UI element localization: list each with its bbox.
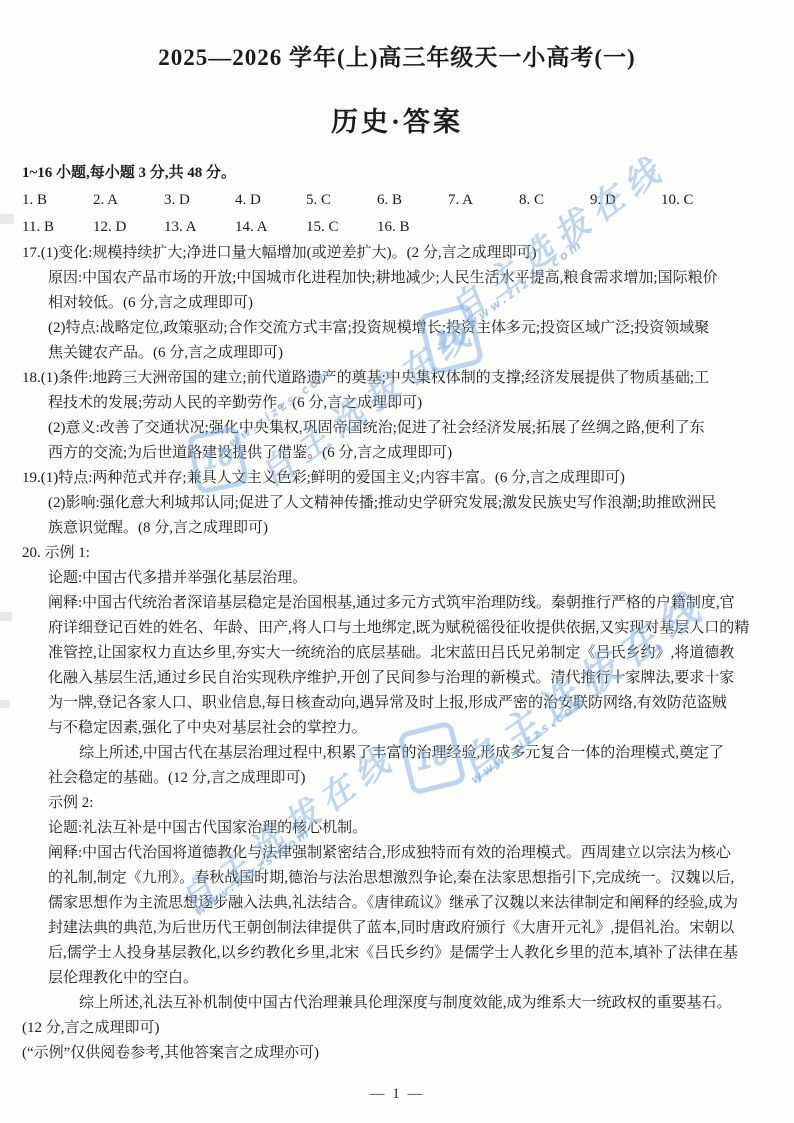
- answer-line: 为一牌,登记各家人口、职业信息,每日核查动向,遇异常及时上报,形成严密的治安联防…: [48, 691, 772, 716]
- answer-cell: 13. A: [164, 214, 235, 241]
- answer-line: 府详细登记百姓的姓名、年龄、田产,将人口与土地绑定,既为赋税徭役征收提供依据,又…: [48, 616, 772, 641]
- scan-smudge: [0, 214, 14, 224]
- answer-line: 论题:中国古代多措并举强化基层治理。: [48, 566, 772, 591]
- answer-line: 19.(1)特点:两种范式并存;兼具人文主义色彩;鲜明的爱国主义;内容丰富。(6…: [22, 466, 772, 491]
- answer-line: 儒家思想作为主流思想逐步融入法典,礼法结合。《唐律疏议》继承了汉魏以来法律制定和…: [48, 891, 772, 916]
- answer-line: (12 分,言之成理即可): [22, 1016, 772, 1041]
- answer-line: 20. 示例 1:: [22, 541, 772, 566]
- answer-line: 层伦理教化中的空白。: [48, 966, 772, 991]
- answer-line: 相对较低。(6 分,言之成理即可): [48, 291, 772, 316]
- answer-line: 西方的交流;为后世道路建设提供了借鉴。(6 分,言之成理即可): [48, 441, 772, 466]
- answer-cell: 10. C: [661, 187, 732, 214]
- scan-smudge: [0, 700, 10, 708]
- document-page: 2025—2026 学年(上)高三年级天一小高考(一) 历史·答案 1~16 小…: [0, 0, 794, 1123]
- exam-title: 2025—2026 学年(上)高三年级天一小高考(一): [0, 42, 794, 74]
- answer-line: 综上所述,中国古代在基层治理过程中,积累了丰富的治理经验,形成多元复合一体的治理…: [48, 741, 772, 766]
- answer-line: 阐释:中国古代治国将道德教化与法律强制紧密结合,形成独特而有效的治理模式。西周建…: [48, 841, 772, 866]
- answer-line: 示例 2:: [48, 791, 772, 816]
- answer-line: 后,儒学士人投身基层教化,以乡约教化乡里,北宋《吕氏乡约》是儒学士人教化乡里的范…: [48, 941, 772, 966]
- answer-cell: 6. B: [377, 187, 448, 214]
- answer-cell: 14. A: [235, 214, 306, 241]
- answer-cell: 1. B: [22, 187, 93, 214]
- answer-line: 论题:礼法互补是中国古代国家治理的核心机制。: [48, 816, 772, 841]
- answer-cell: 9. D: [590, 187, 661, 214]
- answer-cell: 8. C: [519, 187, 590, 214]
- free-response-answers: 17.(1)变化:规模持续扩大;净进口量大幅增加(或逆差扩大)。(2 分,言之成…: [22, 241, 772, 1066]
- answer-line: 综上所述,礼法互补机制使中国古代治理兼具伦理深度与制度效能,成为维系大一统政权的…: [48, 991, 772, 1016]
- page-number: — 1 —: [0, 1086, 794, 1103]
- answer-cell: 12. D: [93, 214, 164, 241]
- answer-cell: 7. A: [448, 187, 519, 214]
- answer-line: 的礼制,制定《九刑》。春秋战国时期,德治与法治思想激烈争论,秦在法家思想指引下,…: [48, 866, 772, 891]
- answer-line: (2)影响:强化意大利城邦认同;促进了人文精神传播;推动史学研究发展;激发民族史…: [48, 491, 772, 516]
- answer-cell: 5. C: [306, 187, 377, 214]
- subject-title: 历史·答案: [0, 104, 794, 140]
- answer-cell: 15. C: [306, 214, 377, 241]
- answer-line: 化融入基层生活,通过乡民自治实现秩序维护,开创了民间参与治理的新模式。清代推行十…: [48, 666, 772, 691]
- answer-cell: 4. D: [235, 187, 306, 214]
- scoring-note: 1~16 小题,每小题 3 分,共 48 分。: [22, 160, 772, 187]
- answer-line: (2)特点:战略定位,政策驱动;合作交流方式丰富;投资规模增长;投资主体多元;投…: [48, 316, 772, 341]
- answer-cell: 11. B: [22, 214, 93, 241]
- scan-smudge: [0, 612, 12, 621]
- answer-line: 17.(1)变化:规模持续扩大;净进口量大幅增加(或逆差扩大)。(2 分,言之成…: [22, 241, 772, 266]
- answer-cell: 16. B: [377, 214, 448, 241]
- answer-content: 1~16 小题,每小题 3 分,共 48 分。 1. B2. A3. D4. D…: [0, 160, 794, 1066]
- answer-line: 焦关键农产品。(6 分,言之成理即可): [48, 341, 772, 366]
- answer-line: 阐释:中国古代统治者深谙基层稳定是治国根基,通过多元方式筑牢治理防线。秦朝推行严…: [48, 591, 772, 616]
- answer-line: 与不稳定因素,强化了中央对基层社会的掌控力。: [48, 716, 772, 741]
- answer-line: 准管控,让国家权力直达乡里,夯实大一统统治的底层基础。北宋蓝田吕氏兄弟制定《吕氏…: [48, 641, 772, 666]
- answer-cell: 3. D: [164, 187, 235, 214]
- answer-line: 社会稳定的基础。(12 分,言之成理即可): [48, 766, 772, 791]
- answer-key-row-2: 11. B12. D13. A14. A15. C16. B: [22, 214, 772, 241]
- answer-line: 封建法典的典范,为后世历代王朝创制法律提供了蓝本,同时唐政府颁行《大唐开元礼》,…: [48, 916, 772, 941]
- answer-line: 族意识觉醒。(8 分,言之成理即可): [48, 516, 772, 541]
- answer-line: (2)意义:改善了交通状况;强化中央集权,巩固帝国统治;促进了社会经济发展;拓展…: [48, 416, 772, 441]
- answer-line: (“示例”仅供阅卷参考,其他答案言之成理亦可): [22, 1041, 772, 1066]
- answer-key-row-1: 1. B2. A3. D4. D5. C6. B7. A8. C9. D10. …: [22, 187, 772, 214]
- answer-line: 程技术的发展;劳动人民的辛勤劳作。(6 分,言之成理即可): [48, 391, 772, 416]
- answer-cell: 2. A: [93, 187, 164, 214]
- answer-line: 18.(1)条件:地跨三大洲帝国的建立;前代道路遗产的奠基;中央集权体制的支撑;…: [22, 366, 772, 391]
- answer-line: 原因:中国农产品市场的开放;中国城市化进程加快;耕地减少;人民生活水平提高,粮食…: [48, 266, 772, 291]
